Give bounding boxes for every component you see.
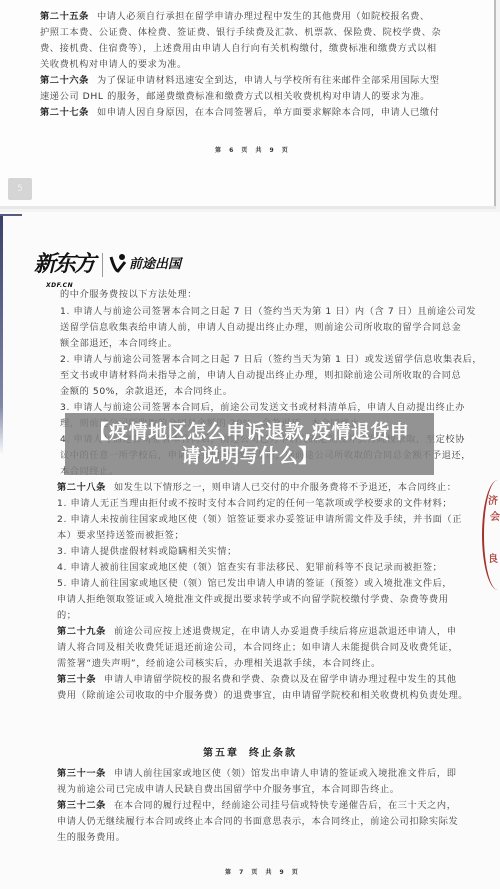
text-line: 1. 申请人无正当理由拒付或不按时支付本合同约定的任何一笔款项或学校要求的文件材… — [57, 496, 462, 512]
refund-rule-2: 2. 申请人与前途公司签署本合同之日起 7 日后（签约当天为第 1 日）或发送留… — [60, 352, 482, 400]
text-line: 2. 申请人与前途公司签署本合同之日起 7 日后（签约当天为第 1 日）或发送留… — [60, 352, 482, 368]
article-title: 【疫情地区怎么申诉退款,疫情退货申 请说明写什么】 — [90, 420, 410, 468]
text-line: 如申请人因自身原因，在本合同签署后，单方面要求解除本合同，申请人已缴付 — [97, 107, 440, 118]
article-head: 第三十条 — [57, 674, 96, 685]
text-line: 生的服务费用。 — [57, 830, 458, 846]
text-line: 本）要求坚持送签而被拒签； — [57, 528, 462, 544]
article-head: 第三十一条 — [57, 768, 106, 779]
article-27: 第二十七条如申请人因自身原因，在本合同签署后，单方面要求解除本合同，申请人已缴付 — [40, 105, 440, 121]
text-line: 视为前途公司已完成申请人民缺自费出国留学中介服务事宜，本合同即告终止。 — [57, 782, 457, 798]
page-edge-shadow — [0, 214, 22, 216]
red-seal-stamp: 济 会 良 — [482, 480, 500, 600]
title-line: 请说明写什么】 — [90, 444, 410, 468]
text-line: 费、接机费、住宿费等），上述费用由申请人自行向有关机构缴付，缴费标准和缴费方式以… — [40, 41, 441, 57]
text-line: 至文书或申请材料尚未指导之前，申请人自动提出终止办理，则扣除前途公司所收取的合同… — [60, 368, 482, 384]
text-line: 在本合同的履行过程中，经前途公司挂号信或特快专递催告后，在三十天之内， — [114, 800, 457, 811]
page-indicator-badge[interactable]: 5 — [8, 178, 32, 200]
article-25: 第二十五条中请人必须自行承担在留学申请办理过程中发生的其他费用（如院校报名费、 … — [40, 9, 441, 73]
article-28: 第二十八条如发生以下情形之一，则申请人已交付的中介服务费将不予退还，本合同终止：… — [57, 480, 462, 624]
text-line: 速递公司 DHL 的服务，邮递费缴费标准和缴费方式以相关收费机构对申请人的要求为… — [40, 89, 440, 105]
article-31: 第三十一条申请人前往国家或地区使（领）馆发出申请人申请的签证或入境批准文件后，即… — [57, 766, 457, 798]
article-29: 第二十九条前途公司应按上述退费规定，在申请人办妥退费手续后将应退款退还申请人，申… — [57, 624, 458, 672]
stamp-char: 济 — [488, 492, 498, 507]
text-line: 1. 申请人与前途公司签署本合同之日起 7 日（签约当天为第 1 日）内（含 7… — [60, 304, 476, 320]
text-line: 的中介服务费按以下方法处理： — [60, 287, 197, 303]
chapter-title: 终止条款 — [249, 748, 297, 759]
title-line: 【疫情地区怎么申诉退款,疫情退货申 — [90, 420, 410, 444]
text-line: 2. 申请人未按前往国家或地区使（领）馆签证要求办妥签证申请所需文件及手续，并书… — [57, 512, 462, 528]
text-line: 申请人拒绝领取签证或入境批准文件或提出要求转学或不向留学院校缴付学费、杂费等费用 — [57, 592, 462, 608]
brand-name: 新东方 — [34, 252, 94, 277]
text-line: 前途公司应按上述退费规定，在申请人办妥退费手续后将应退款退还申请人，申 — [114, 626, 457, 637]
article-head: 第二十八条 — [57, 482, 106, 493]
text-line: 中请人必须自行承担在留学申请办理过程中发生的其他费用（如院校报名费、 — [97, 11, 430, 22]
text-line: 如发生以下情形之一，则申请人已交付的中介服务费将不予退还，本合同终止： — [114, 482, 457, 493]
text-line: 申请人申请留学院校的报名费和学费、杂费以及在留学申请办理过程中发生的其他 — [104, 674, 456, 685]
stamp-char: 良 — [488, 550, 498, 565]
text-line: 送留学信息收集表给申请人前，申请人自动提出终止办理，则前途公司所收取的留学合同总… — [60, 320, 476, 336]
article-head: 第二十六条 — [40, 75, 89, 86]
page-edge-shadow — [0, 214, 3, 454]
text-line: 为了保证申请材料迅速安全到达，申请人与学校所有往来邮件全部采用国际大型 — [97, 75, 440, 86]
article-head: 第二十九条 — [57, 626, 106, 637]
chapter-heading: 第五章终止条款 — [0, 744, 500, 759]
title-caption-overlay: 【疫情地区怎么申诉退款,疫情退货申 请说明写什么】 — [65, 413, 434, 475]
article-26: 第二十六条为了保证申请材料迅速安全到达，申请人与学校所有往来邮件全部采用国际大型… — [40, 73, 440, 105]
text-line: 关收费机构对申请人的要求为准。 — [40, 57, 441, 73]
text-line: 请人将合同及相关收费凭证退还前途公司，本合同终止；如申请人未能提供合同及收费凭证… — [57, 640, 458, 656]
article-30: 第三十条申请人申请留学院校的报名费和学费、杂费以及在留学申请办理过程中发生的其他… — [57, 672, 468, 704]
text-line: 申请人前往国家或地区使（领）馆发出申请人申请的签证或入境批准文件后，即 — [114, 768, 457, 779]
page-number: 第 6 页 共 9 页 — [215, 145, 291, 154]
text-line: 的； — [57, 608, 462, 624]
text-line: 4. 申请人被前往国家或地区使（领）馆查实有非法移民、犯罪前科等不良记录而被拒签… — [57, 560, 462, 576]
refund-intro: 的中介服务费按以下方法处理： — [60, 287, 197, 303]
stamp-char: 会 — [490, 508, 500, 523]
text-line: 护照工本费、公证费、体检费、签证费、银行手续费及汇款、机票款、保险费、院校学费、… — [40, 25, 441, 41]
text-line: 3. 申请人提供虚假材料或隐瞒相关实情； — [57, 544, 462, 560]
logo-separator — [102, 253, 103, 277]
text-line: 申请人仍无继续履行本合同或终止本合同的书面意思表示，本合同终止，前途公司扣除实际… — [57, 814, 458, 830]
article-head: 第二十五条 — [40, 11, 89, 22]
runner-icon — [109, 253, 127, 278]
refund-rule-1: 1. 申请人与前途公司签署本合同之日起 7 日（签约当天为第 1 日）内（含 7… — [60, 304, 476, 352]
text-line: 金额的 50%，余款退还，本合同终止。 — [60, 384, 482, 400]
qiantu-logo: 前途出国 — [129, 253, 181, 272]
text-line: 需签署“遗失声明”，经前途公司核实后，办理相关退款手续，本合同终止。 — [57, 656, 458, 672]
text-line: 额全部退还，本合同终止。 — [60, 336, 476, 352]
text-line: 5. 申请人前往国家或地区使（领）馆已发出申请人申请的签证（预签）或入境批准文件… — [57, 576, 462, 592]
article-32: 第三十二条在本合同的履行过程中，经前途公司挂号信或特快专递催告后，在三十天之内，… — [57, 798, 458, 846]
header-logo: 新东方 XDF.CN 前途出国 — [34, 248, 181, 282]
page-number: 第 7 页 共 9 页 — [225, 867, 301, 876]
document-page-6: 第二十五条中请人必须自行承担在留学申请办理过程中发生的其他费用（如院校报名费、 … — [0, 0, 496, 207]
text-line: 费用（除前途公司收取的中介服务费）的退费事宜，由申请留学院校和相关收费机构负责处… — [57, 688, 468, 704]
article-head: 第二十七条 — [40, 107, 89, 118]
chapter-number: 第五章 — [203, 748, 239, 759]
article-head: 第三十二条 — [57, 800, 106, 811]
xdf-logo: 新东方 XDF.CN — [34, 254, 94, 276]
page-divider — [0, 206, 496, 209]
